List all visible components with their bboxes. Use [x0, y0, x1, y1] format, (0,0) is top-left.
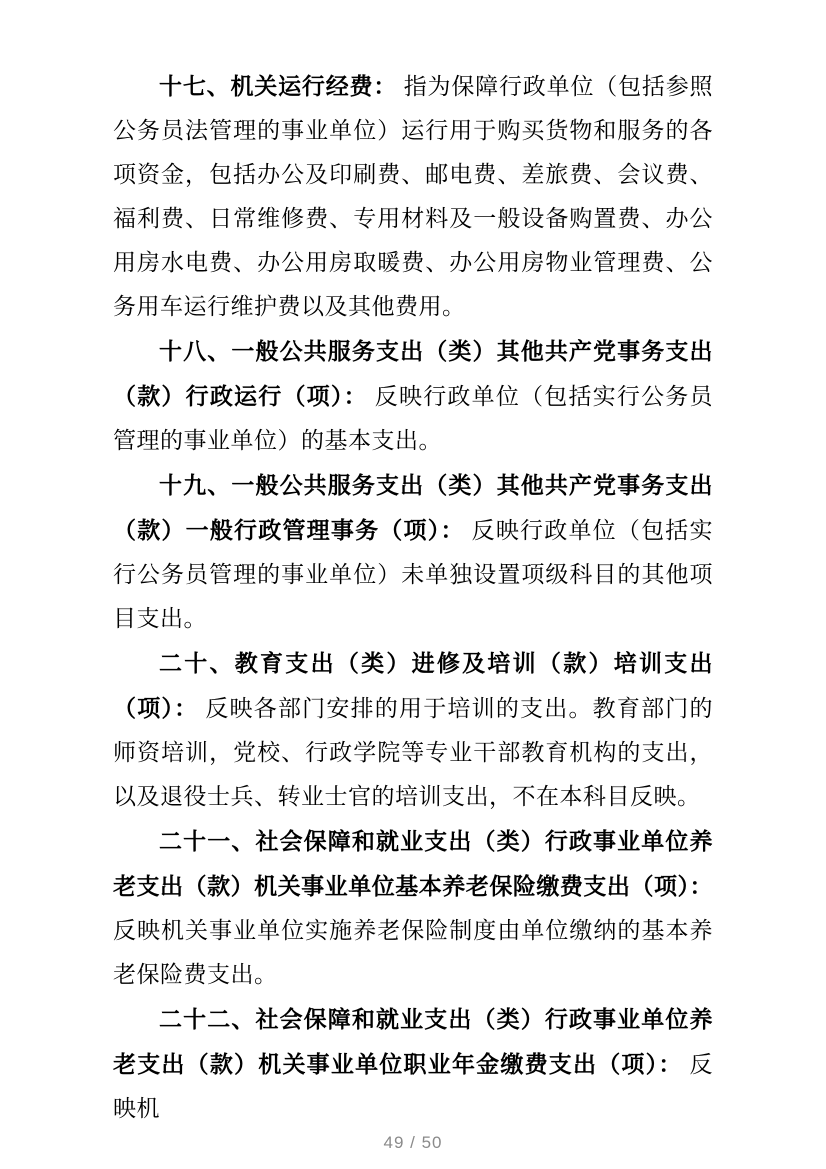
definition-text: 反映各部门安排的用于培训的支出。教育部门的师资培训，党校、行政学院等专业干部教育… — [113, 696, 713, 809]
definition-paragraph-17: 十七、机关运行经费： 指为保障行政单位（包括参照公务员法管理的事业单位）运行用于… — [113, 64, 713, 329]
definition-text: 反映机关事业单位实施养老保险制度由单位缴纳的基本养老保险费支出。 — [113, 918, 713, 987]
term-heading: 二十二、社会保障和就业支出（类）行政事业单位养老支出（款）机关事业单位职业年金缴… — [113, 1006, 713, 1077]
definition-paragraph-21: 二十一、社会保障和就业支出（类）行政事业单位养老支出（款）机关事业单位基本养老保… — [113, 819, 713, 997]
definition-paragraph-19: 十九、一般公共服务支出（类）其他共产党事务支出（款）一般行政管理事务（项）： 反… — [113, 463, 713, 641]
definition-paragraph-18: 十八、一般公共服务支出（类）其他共产党事务支出（款）行政运行（项）： 反映行政单… — [113, 329, 713, 463]
document-content: 十七、机关运行经费： 指为保障行政单位（包括参照公务员法管理的事业单位）运行用于… — [113, 64, 713, 1131]
definition-paragraph-20: 二十、教育支出（类）进修及培训（款）培训支出（项）： 反映各部门安排的用于培训的… — [113, 641, 713, 819]
page-footer: 49 / 50 — [0, 1133, 826, 1153]
definition-text: 指为保障行政单位（包括参照公务员法管理的事业单位）运行用于购买货物和服务的各项资… — [113, 74, 713, 319]
definition-paragraph-22: 二十二、社会保障和就业支出（类）行政事业单位养老支出（款）机关事业单位职业年金缴… — [113, 997, 713, 1131]
term-heading: 二十一、社会保障和就业支出（类）行政事业单位养老支出（款）机关事业单位基本养老保… — [113, 828, 713, 899]
term-heading: 十七、机关运行经费： — [159, 73, 397, 99]
document-page: 十七、机关运行经费： 指为保障行政单位（包括参照公务员法管理的事业单位）运行用于… — [0, 0, 826, 1169]
page-number: 49 / 50 — [384, 1133, 443, 1152]
